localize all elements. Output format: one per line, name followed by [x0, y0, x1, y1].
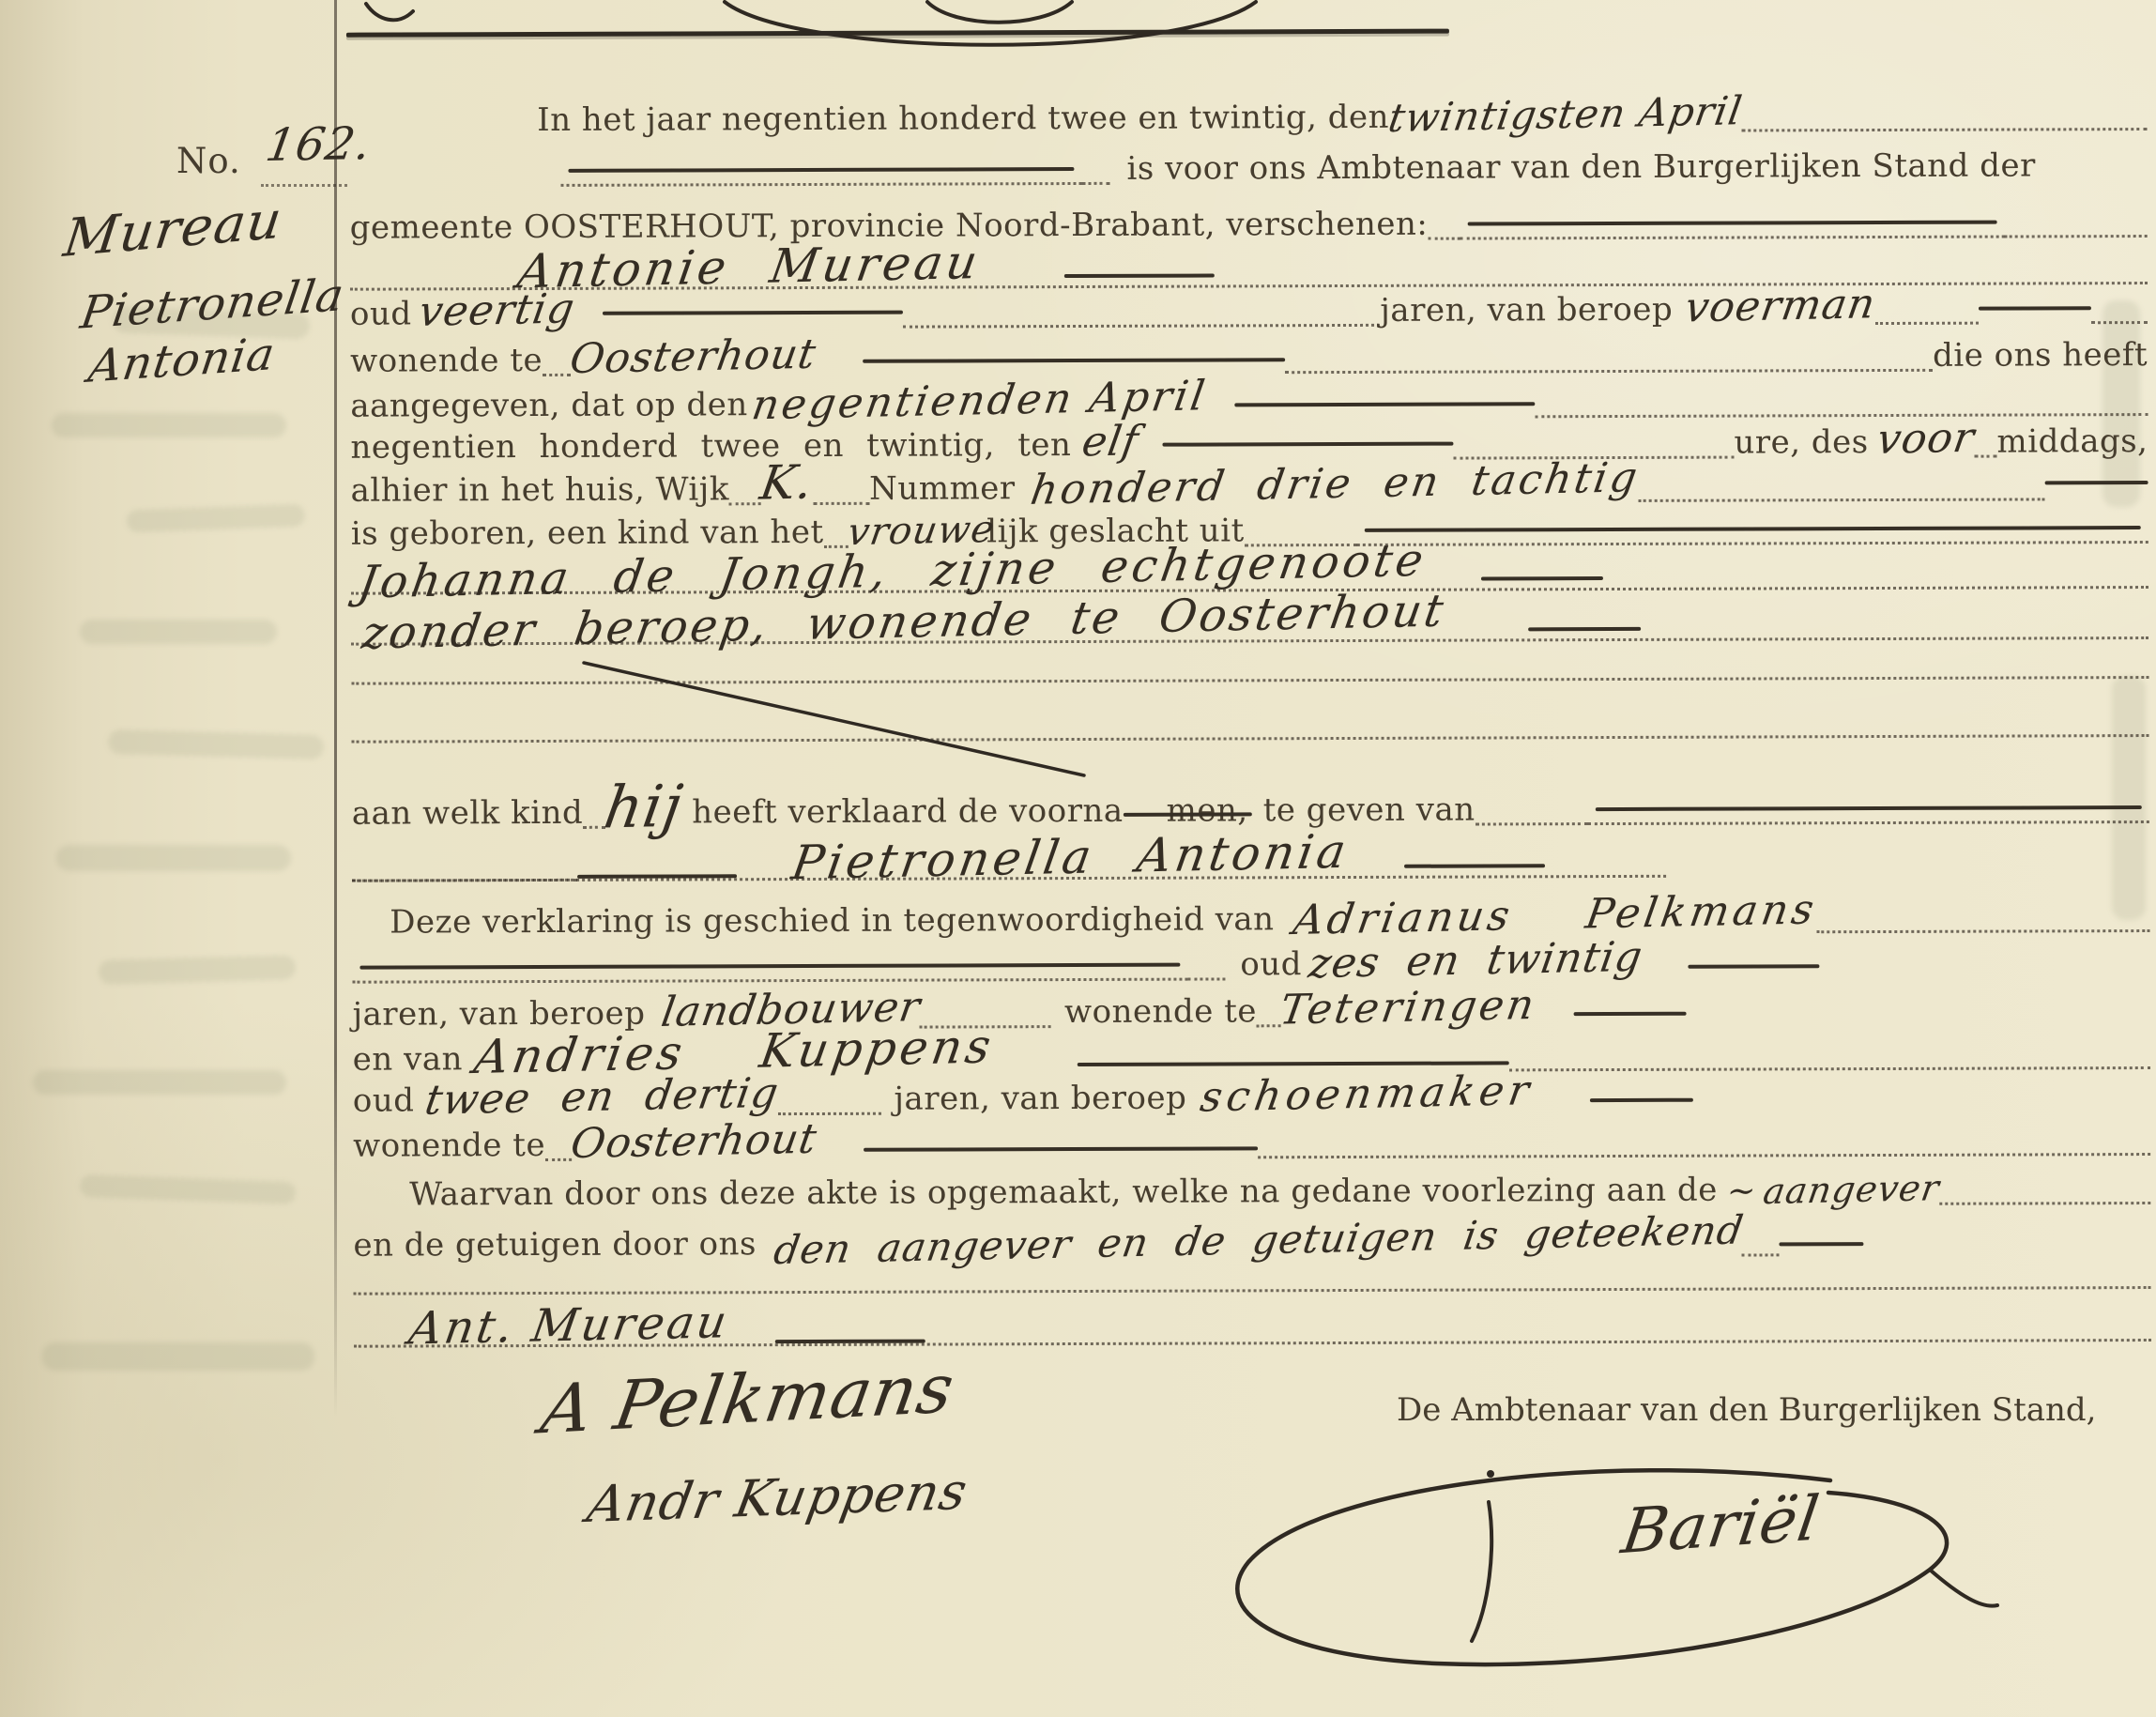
strike-line	[863, 358, 1285, 363]
strike-line	[1574, 1012, 1687, 1016]
dotted-leader	[1816, 929, 2149, 933]
hw-birth-hour: elf	[1078, 417, 1141, 466]
printed-nummer: Nummer	[869, 469, 1016, 508]
dotted-leader	[1476, 822, 1588, 825]
line-official-intro: is voor ons Ambtenaar van den Burgerlijk…	[349, 139, 2147, 192]
strike-line	[1979, 306, 2091, 310]
printed-aangegeven: aangegeven, dat op den	[350, 386, 748, 424]
dotted-leader	[352, 879, 577, 882]
line-declarant-signature: Ant. Mureau	[354, 1294, 2151, 1353]
strike-line	[1689, 964, 1820, 968]
strike-line	[1404, 864, 1545, 868]
hw-witness1-residence: Teteringen	[1277, 981, 1540, 1035]
strike-line	[775, 1340, 925, 1344]
line-child-names: Pietronella Antonia	[352, 828, 1666, 887]
printed-wonende-te: wonende te	[353, 1127, 545, 1165]
hw-witness1-age: zes en twintig	[1306, 933, 1646, 988]
printed-oud: oud	[1240, 945, 1302, 983]
printed-heeft-verklaard: heeft verklaard de voorna	[692, 792, 1124, 832]
strike-line	[1163, 442, 1454, 447]
printed-official-intro: is voor ons Ambtenaar van den Burgerlijk…	[1126, 146, 2036, 187]
printed-beroep-label: jaren, van beroep	[894, 1080, 1186, 1118]
printed-closing: Waarvan door ons deze akte is opgemaakt,…	[409, 1172, 1718, 1214]
line-year-date: In het jaar negentien honderd twee en tw…	[537, 88, 2147, 141]
dotted-leader	[1741, 128, 2147, 132]
hw-pronoun: hij	[600, 772, 688, 842]
printed-struck-voornamen-suffix: men,	[1167, 791, 1248, 829]
strike-line	[1064, 273, 1215, 278]
strike-line	[1528, 627, 1641, 631]
dotted-leader	[1975, 455, 1997, 458]
printed-is-geboren: is geboren, een kind van het	[351, 514, 824, 553]
printed-oud: oud	[350, 295, 412, 332]
printed-year-hour: negentien honderd twee en twintig, ten	[350, 426, 1071, 467]
hw-witness2-profession: schoenmaker	[1198, 1066, 1537, 1121]
strike-line	[577, 874, 737, 879]
spacer	[350, 192, 561, 192]
declarant-signature: Ant. Mureau	[405, 1295, 733, 1355]
printed-en-de-getuigen: en de getuigen door ons	[353, 1225, 757, 1264]
top-rule	[346, 29, 1449, 38]
printed-te-geven-van: te geven van	[1263, 791, 1476, 830]
strike-line	[1779, 1242, 1863, 1246]
line-witness2-residence: wonende te Oosterhout	[353, 1113, 2150, 1167]
printed-year-text: In het jaar negentien honderd twee en tw…	[537, 99, 1389, 139]
hw-registration-date: twintigsten April	[1385, 87, 1746, 141]
strike-line	[602, 311, 902, 315]
printed-wonende-te: wonende te	[350, 342, 543, 380]
hw-witness2-residence: Oosterhout	[568, 1115, 820, 1168]
dotted-leader	[1081, 182, 1109, 185]
strike-line	[2045, 481, 2148, 484]
dotted-leader	[1258, 1153, 2150, 1158]
line-closing-1: Waarvan door ons deze akte is opgemaakt,…	[353, 1162, 2150, 1216]
dotted-leader	[903, 324, 1381, 329]
line-witness1-age: oud zes en twintig	[352, 935, 2149, 989]
printed-middags: middags,	[1996, 422, 2148, 461]
hw-insertion-mark: ~	[1724, 1172, 1760, 1211]
strike-line	[1481, 576, 1603, 580]
dotted-leader	[1187, 977, 1225, 980]
printed-aan-welk-kind: aan welk kind	[352, 794, 584, 833]
strike-line	[864, 1146, 1258, 1151]
act-body: In het jaar negentien honderd twee en tw…	[0, 0, 2156, 1717]
dotted-leader	[543, 374, 571, 376]
blank-dotted-line	[351, 702, 2148, 748]
dotted-leader	[1285, 369, 1933, 374]
hw-declarant-name: Antonie Mureau	[514, 235, 986, 299]
hw-declarant-profession: voerman	[1682, 280, 1879, 331]
official-signature: Bariël	[1617, 1482, 1824, 1568]
hw-aangever: aangever	[1760, 1167, 1942, 1212]
strike-line	[1234, 402, 1535, 406]
dotted-leader	[813, 502, 869, 505]
dotted-leader	[1875, 322, 1979, 325]
printed-beroep-label: jaren, van beroep	[1380, 291, 1673, 330]
printed-en-van: en van	[353, 1040, 463, 1078]
hw-wijk-letter: K.	[757, 454, 817, 510]
hw-meridiem: voor	[1874, 414, 1979, 464]
struck-dotted-line	[1588, 820, 2149, 825]
strike-line	[1589, 1098, 1692, 1102]
printed-ure-des: ure, des	[1734, 423, 1868, 461]
struck-dotted-line	[560, 182, 1081, 187]
printed-die-ons-heeft: die ons heeft	[1933, 336, 2148, 375]
printed-witness-intro: Deze verklaring is geschied in tegenwoor…	[390, 900, 1274, 941]
strike-line	[1078, 1061, 1509, 1066]
hw-declarant-residence: Oosterhout	[567, 330, 819, 383]
dotted-leader	[2091, 321, 2148, 324]
hw-declarant-age: veertig	[415, 284, 577, 335]
birth-certificate-page: No. 162. Mureau Pietronella Antonia In h…	[0, 0, 2156, 1717]
printed-huis-wijk: alhier in het huis, Wijk	[351, 470, 729, 509]
official-title: De Ambtenaar van den Burgerlijken Stand,	[1397, 1391, 2097, 1429]
hw-child-names: Pietronella Antonia	[788, 824, 1353, 890]
act-number: 162.	[262, 117, 375, 172]
printed-oud: oud	[353, 1081, 415, 1119]
struck-dotted-line	[352, 978, 1187, 984]
printed-wonende-te: wonende te	[1064, 992, 1257, 1031]
